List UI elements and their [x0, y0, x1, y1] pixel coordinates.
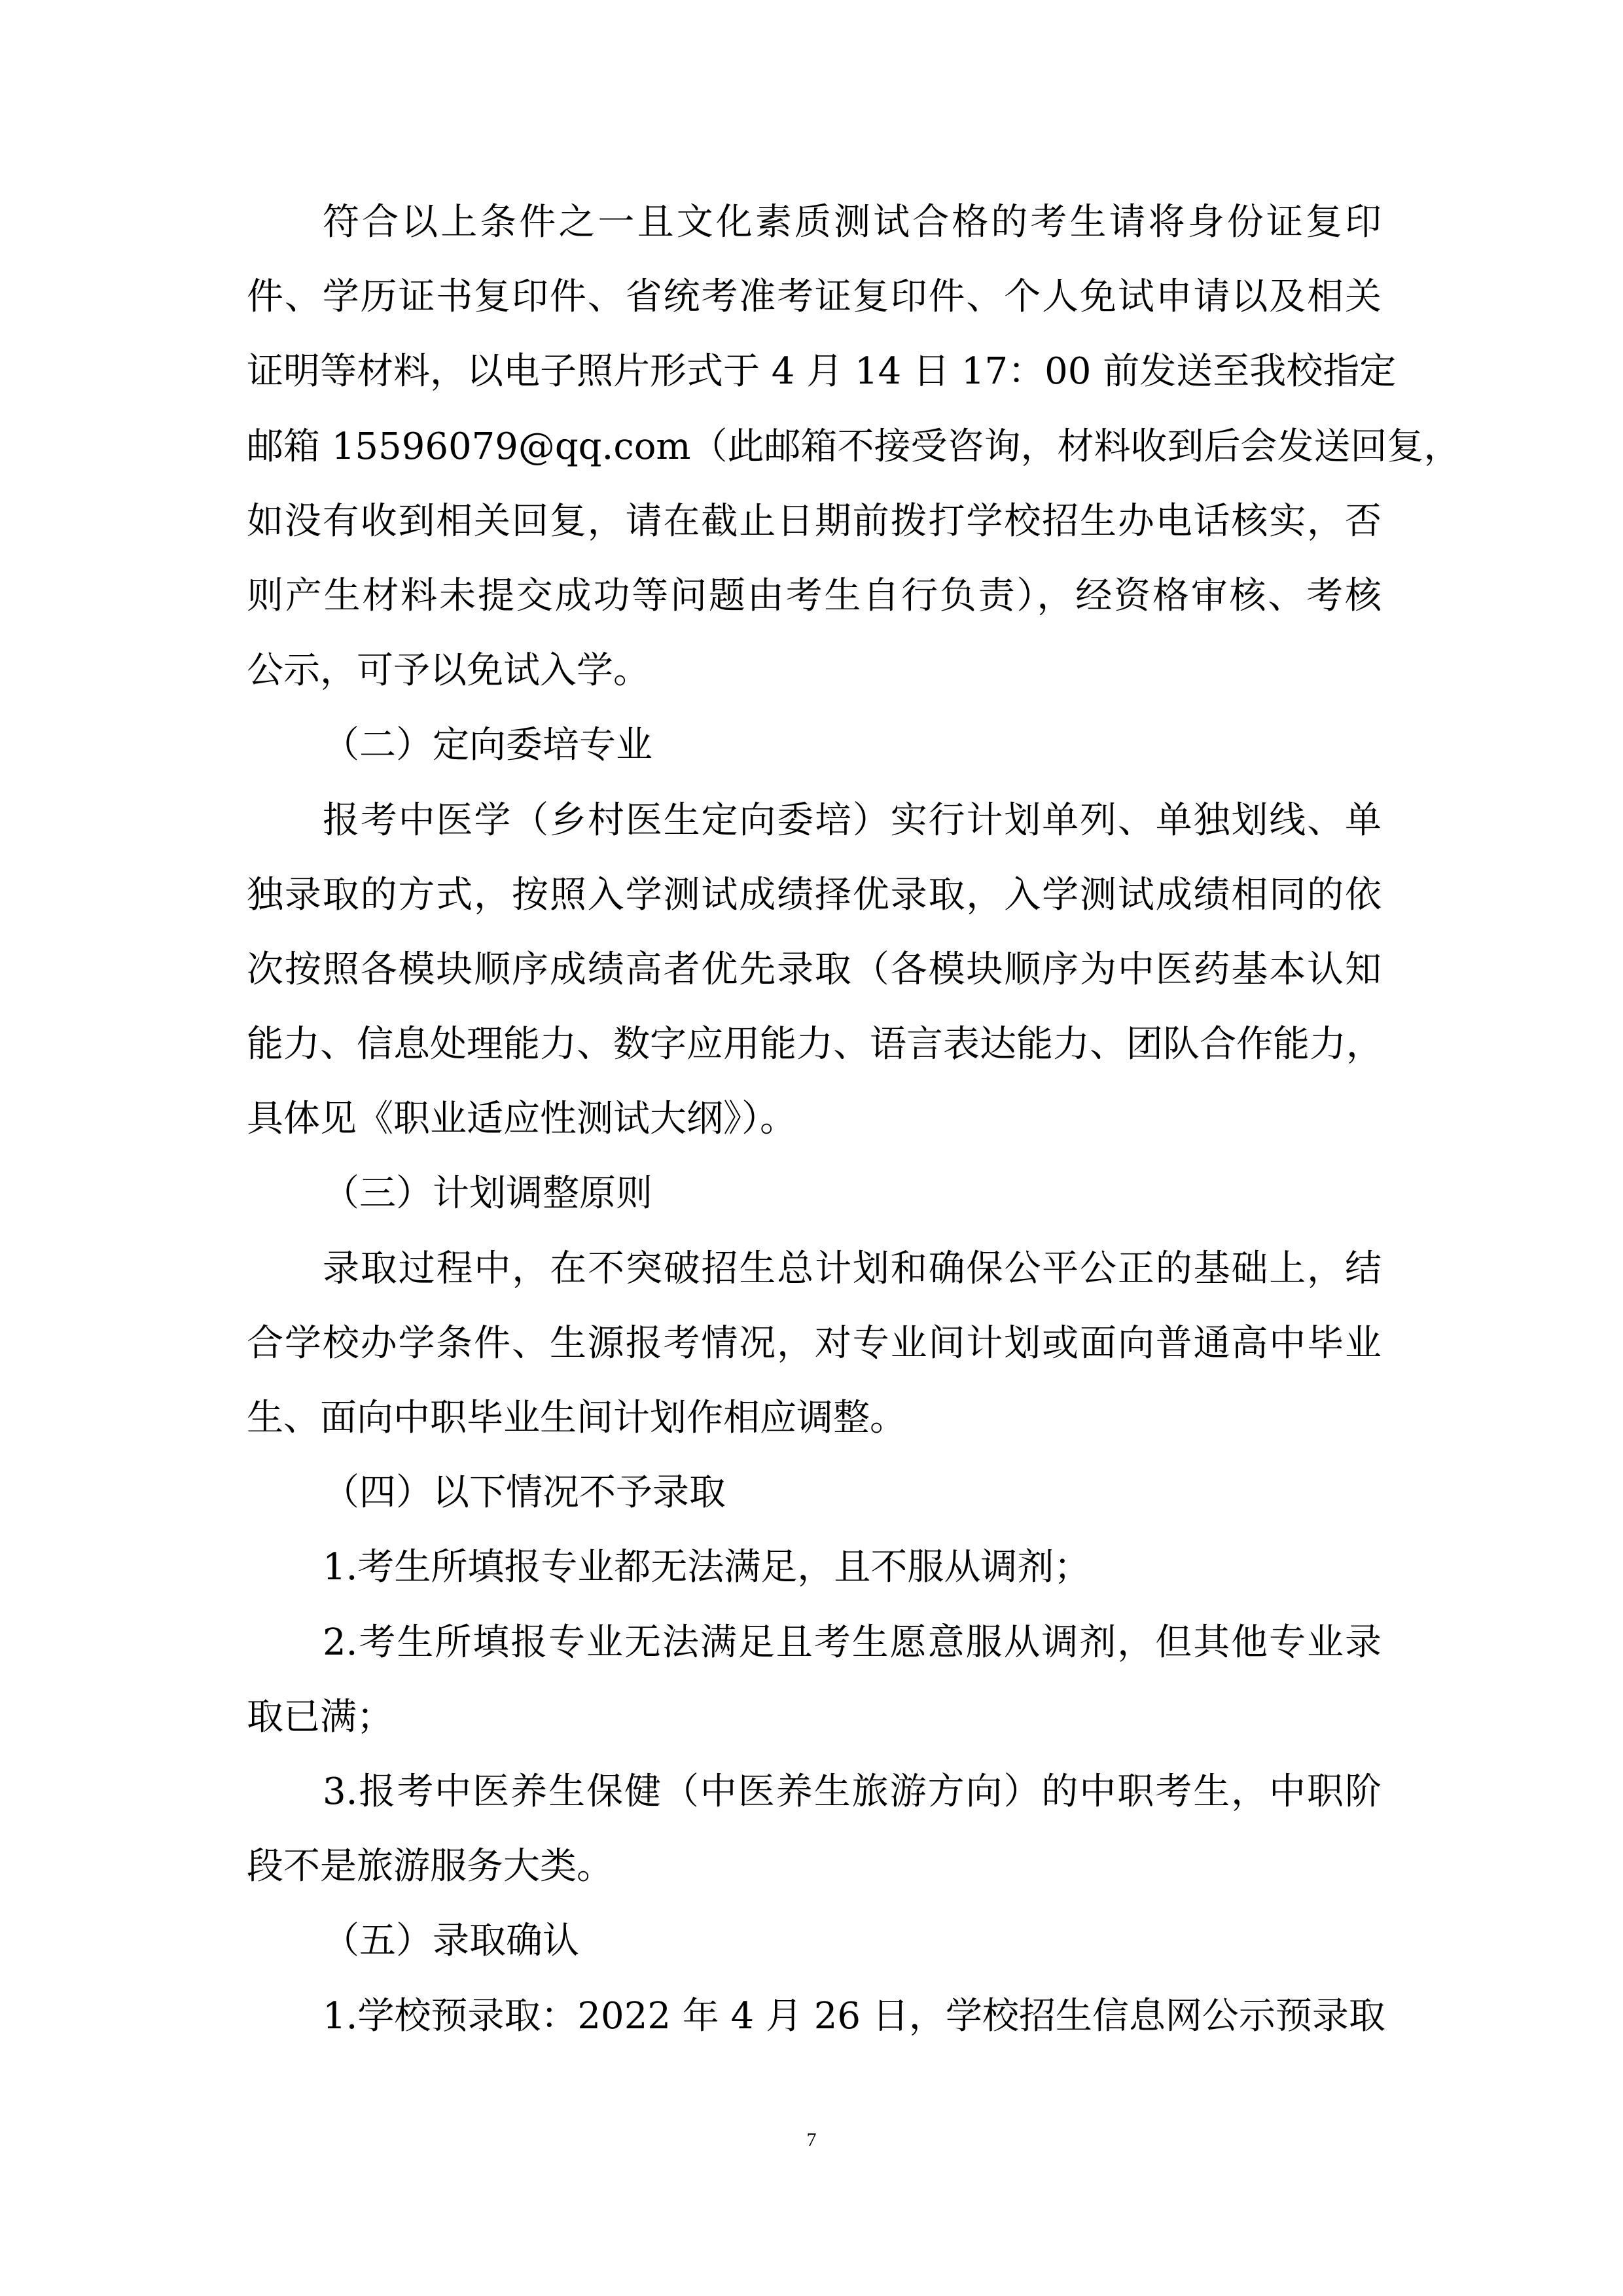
text-line: 公示，可予以免试入学。 — [247, 634, 1382, 708]
text-line: 如没有收到相关回复，请在截止日期前拨打学校招生办电话核实，否 — [247, 484, 1382, 559]
text-line: 具体见《职业适应性测试大纲》）。 — [247, 1082, 1382, 1157]
text-line: 符合以上条件之一且文化素质测试合格的考生请将身份证复印 — [247, 185, 1382, 260]
document-page: 符合以上条件之一且文化素质测试合格的考生请将身份证复印 件、学历证书复印件、省统… — [0, 0, 1623, 2296]
section-heading-directed-training: （二）定向委培专业 — [247, 708, 1382, 783]
text-line: 取已满； — [247, 1680, 1382, 1755]
list-item-not-admitted-1: 1.考生所填报专业都无法满足，且不服从调剂； — [247, 1530, 1382, 1605]
text-line: 1.考生所填报专业都无法满足，且不服从调剂； — [247, 1530, 1382, 1605]
paragraph-exemption-materials: 符合以上条件之一且文化素质测试合格的考生请将身份证复印 件、学历证书复印件、省统… — [247, 185, 1382, 708]
document-body: 符合以上条件之一且文化素质测试合格的考生请将身份证复印 件、学历证书复印件、省统… — [247, 185, 1382, 2054]
text-line: 报考中医学（乡村医生定向委培）实行计划单列、单独划线、单 — [247, 783, 1382, 858]
text-line: 能力、信息处理能力、数字应用能力、语言表达能力、团队合作能力， — [247, 1007, 1382, 1082]
text-line: 录取过程中，在不突破招生总计划和确保公平公正的基础上，结 — [247, 1232, 1382, 1306]
paragraph-directed-training: 报考中医学（乡村医生定向委培）实行计划单列、单独划线、单 独录取的方式，按照入学… — [247, 783, 1382, 1157]
text-line-email: 邮箱 15596079@qq.com（此邮箱不接受咨询，材料收到后会发送回复， — [247, 410, 1382, 484]
text-line: 3.报考中医养生保健（中医养生旅游方向）的中职考生，中职阶 — [247, 1755, 1382, 1829]
list-item-not-admitted-3: 3.报考中医养生保健（中医养生旅游方向）的中职考生，中职阶 段不是旅游服务大类。 — [247, 1755, 1382, 1904]
paragraph-plan-adjustment: 录取过程中，在不突破招生总计划和确保公平公正的基础上，结 合学校办学条件、生源报… — [247, 1232, 1382, 1456]
section-heading-admission-confirmation: （五）录取确认 — [247, 1904, 1382, 1979]
list-item-admission-confirmation-1: 1.学校预录取：2022 年 4 月 26 日，学校招生信息网公示预录取 — [247, 1979, 1382, 2054]
text-line: 生、面向中职毕业生间计划作相应调整。 — [247, 1381, 1382, 1456]
page-number: 7 — [0, 2127, 1623, 2153]
section-heading-plan-adjustment: （三）计划调整原则 — [247, 1157, 1382, 1231]
text-line: 段不是旅游服务大类。 — [247, 1829, 1382, 1904]
text-line: 合学校办学条件、生源报考情况，对专业间计划或面向普通高中毕业 — [247, 1306, 1382, 1381]
text-line: 2.考生所填报专业无法满足且考生愿意服从调剂，但其他专业录 — [247, 1605, 1382, 1680]
text-line: 证明等材料，以电子照片形式于 4 月 14 日 17：00 前发送至我校指定 — [247, 334, 1382, 409]
text-line: 次按照各模块顺序成绩高者优先录取（各模块顺序为中医药基本认知 — [247, 933, 1382, 1007]
list-item-not-admitted-2: 2.考生所填报专业无法满足且考生愿意服从调剂，但其他专业录 取已满； — [247, 1605, 1382, 1755]
text-line: 件、学历证书复印件、省统考准考证复印件、个人免试申请以及相关 — [247, 260, 1382, 334]
text-line: 则产生材料未提交成功等问题由考生自行负责），经资格审核、考核 — [247, 559, 1382, 634]
section-heading-not-admitted: （四）以下情况不予录取 — [247, 1456, 1382, 1530]
text-line: 独录取的方式，按照入学测试成绩择优录取，入学测试成绩相同的依 — [247, 858, 1382, 933]
text-line: 1.学校预录取：2022 年 4 月 26 日，学校招生信息网公示预录取 — [247, 1979, 1382, 2054]
